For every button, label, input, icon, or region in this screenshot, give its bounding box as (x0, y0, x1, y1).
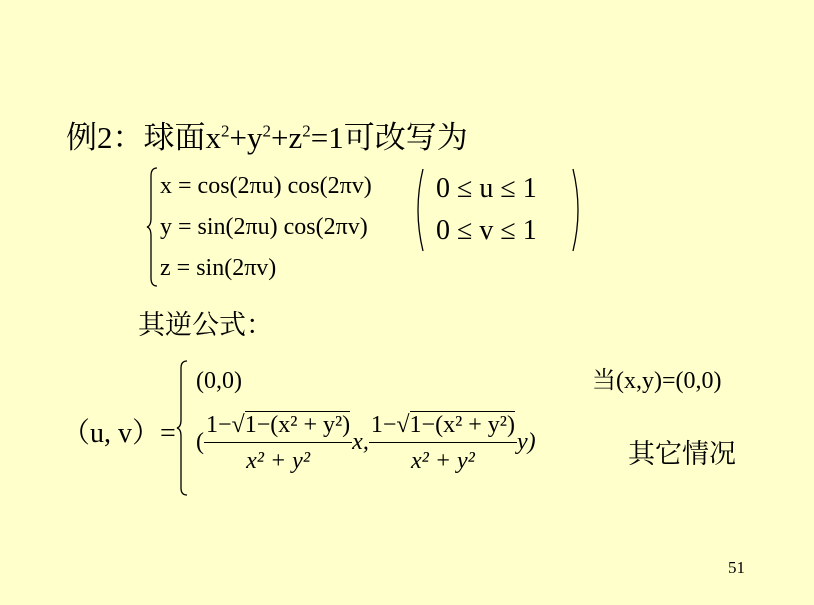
superscript: 2 (221, 122, 230, 141)
case2-value: (1−√1−(x² + y²)x² + y²x,1−√1−(x² + y²)x²… (196, 408, 536, 492)
case1-condition: 当(x,y)=(0,0) (592, 364, 722, 398)
equation-y: y = sin(2πu) cos(2πv) (160, 207, 372, 248)
numerator-prefix: 1− (371, 412, 397, 438)
sqrt-content: 1−(x² + y²) (410, 411, 515, 438)
title-text: +y (230, 120, 263, 155)
numerator-prefix: 1− (206, 412, 232, 438)
slide-title: 例2：球面x2+y2+z2=1可改写为 (66, 118, 468, 158)
inverse-lhs: （u, v）= (62, 414, 176, 454)
range-v: 0 ≤ v ≤ 1 (436, 210, 537, 252)
page-number: 51 (728, 558, 745, 578)
mult-x: x, (352, 429, 369, 455)
title-text: =1可改写为 (311, 120, 468, 155)
fraction-x: 1−√1−(x² + y²)x² + y² (204, 408, 352, 479)
right-paren-icon (572, 168, 584, 252)
case1-value: (0,0) (196, 364, 242, 398)
cases-brace-icon (176, 360, 188, 496)
inverse-label: 其逆公式： (138, 305, 273, 345)
superscript: 2 (262, 122, 271, 141)
fraction-y: 1−√1−(x² + y²)x² + y² (369, 408, 517, 479)
range-u: 0 ≤ u ≤ 1 (436, 168, 537, 210)
equation-x: x = cos(2πu) cos(2πv) (160, 166, 372, 207)
mult-y: y) (517, 429, 536, 455)
left-paren-icon (412, 168, 424, 252)
left-brace-icon (146, 166, 158, 288)
sqrt-content: 1−(x² + y²) (245, 411, 350, 438)
open-paren: ( (196, 429, 204, 455)
title-text: 例2：球面x (66, 120, 221, 155)
case2-condition: 其它情况 (628, 437, 736, 471)
superscript: 2 (302, 122, 311, 141)
denominator: x² + y² (246, 448, 310, 474)
parameter-range: 0 ≤ u ≤ 1 0 ≤ v ≤ 1 (412, 168, 584, 252)
title-text: +z (271, 120, 302, 155)
equation-z: z = sin(2πv) (160, 248, 372, 289)
denominator: x² + y² (411, 448, 475, 474)
